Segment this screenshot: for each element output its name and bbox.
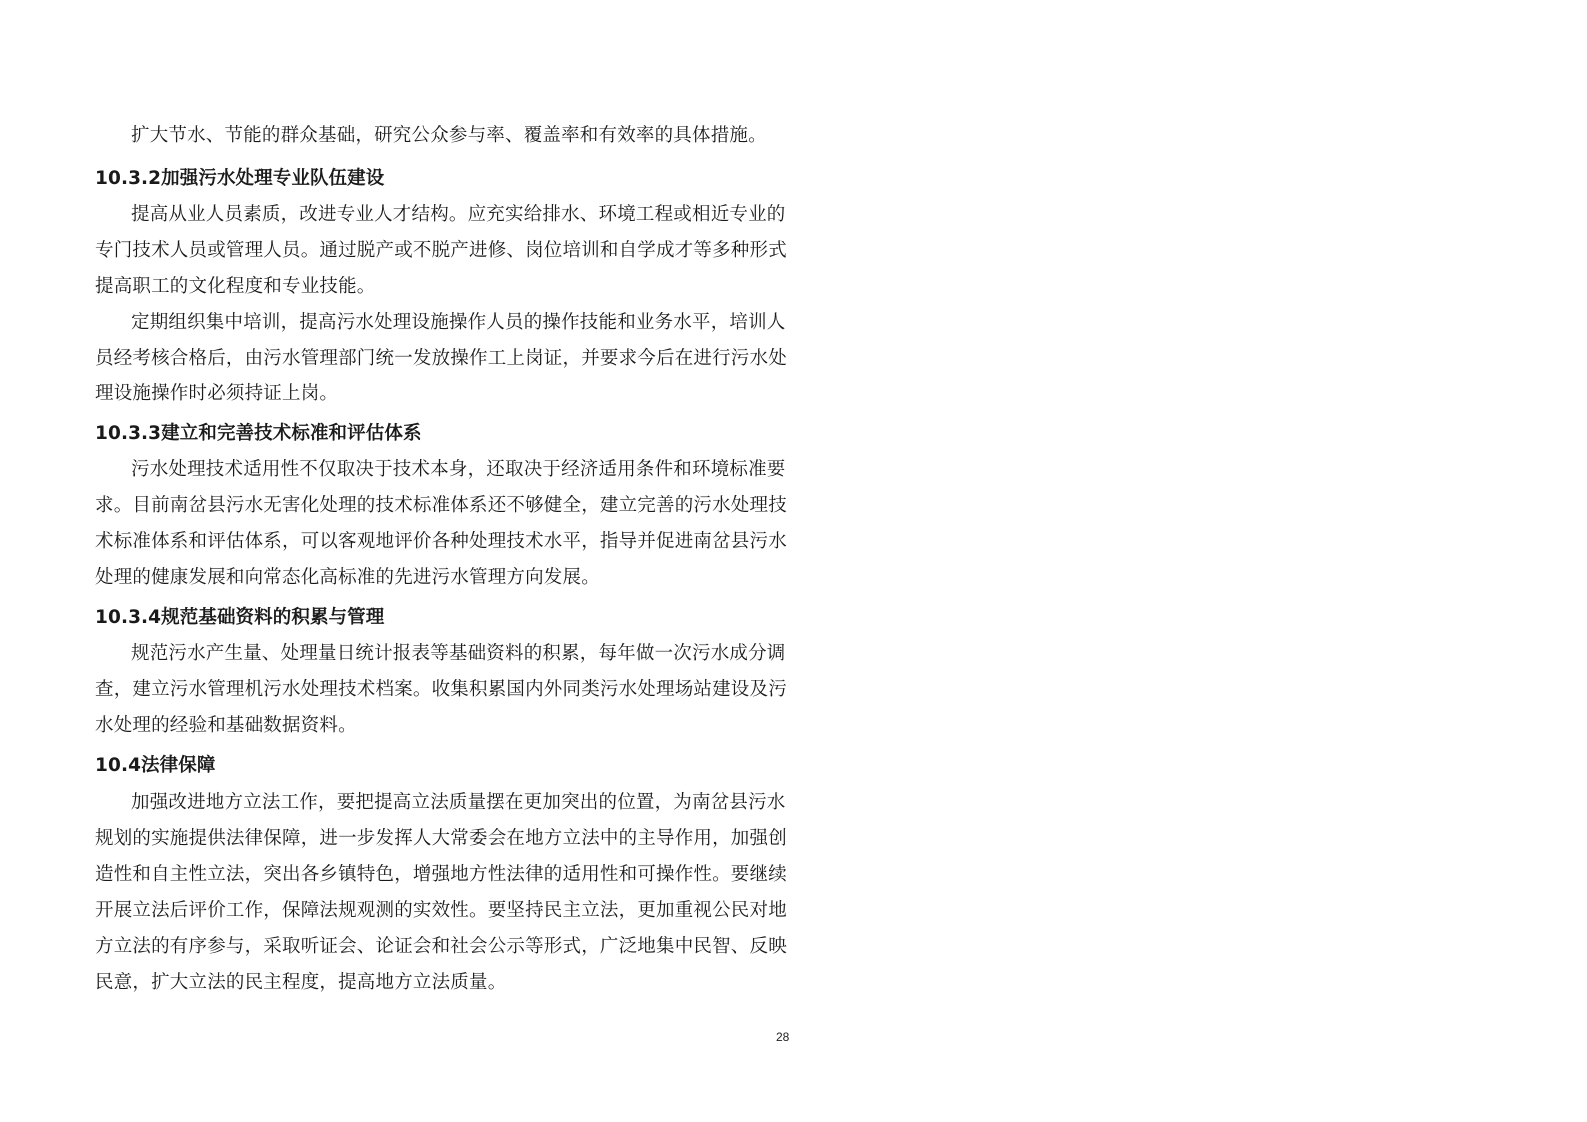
paragraph-line: 查，建立污水管理机污水处理技术档案。收集积累国内外同类污水处理场站建设及污: [95, 678, 787, 702]
section-heading-10-3-4: 10.3.4规范基础资料的积累与管理: [95, 606, 384, 630]
paragraph-line: 加强改进地方立法工作，要把提高立法质量摆在更加突出的位置，为南岔县污水: [131, 791, 786, 815]
paragraph-line: 扩大节水、节能的群众基础，研究公众参与率、覆盖率和有效率的具体措施。: [131, 124, 767, 148]
paragraph-line: 民意，扩大立法的民主程度，提高地方立法质量。: [95, 971, 506, 995]
section-heading-10-4: 10.4法律保障: [95, 754, 215, 778]
paragraph-line: 提高职工的文化程度和专业技能。: [95, 275, 376, 299]
paragraph-line: 水处理的经验和基础数据资料。: [95, 714, 357, 738]
paragraph-line: 理设施操作时必须持证上岗。: [95, 382, 338, 406]
section-heading-10-3-3: 10.3.3建立和完善技术标准和评估体系: [95, 422, 422, 446]
paragraph-line: 方立法的有序参与，采取听证会、论证会和社会公示等形式，广泛地集中民智、反映: [95, 935, 787, 959]
paragraph-line: 污水处理技术适用性不仅取决于技术本身，还取决于经济适用条件和环境标准要: [131, 458, 786, 482]
paragraph-line: 定期组织集中培训，提高污水处理设施操作人员的操作技能和业务水平，培训人: [131, 311, 786, 335]
paragraph-line: 专门技术人员或管理人员。通过脱产或不脱产进修、岗位培训和自学成才等多种形式: [95, 239, 787, 263]
section-heading-10-3-2: 10.3.2加强污水处理专业队伍建设: [95, 167, 384, 191]
page-number: 28: [776, 1029, 789, 1045]
paragraph-line: 造性和自主性立法，突出各乡镇特色，增强地方性法律的适用性和可操作性。要继续: [95, 863, 787, 887]
paragraph-line: 求。目前南岔县污水无害化处理的技术标准体系还不够健全，建立完善的污水处理技: [95, 494, 787, 518]
paragraph-line: 处理的健康发展和向常态化高标准的先进污水管理方向发展。: [95, 566, 600, 590]
paragraph-line: 提高从业人员素质，改进专业人才结构。应充实给排水、环境工程或相近专业的: [131, 203, 786, 227]
paragraph-line: 规范污水产生量、处理量日统计报表等基础资料的积累，每年做一次污水成分调: [131, 642, 786, 666]
paragraph-line: 术标准体系和评估体系，可以客观地评价各种处理技术水平，指导并促进南岔县污水: [95, 530, 787, 554]
paragraph-line: 员经考核合格后，由污水管理部门统一发放操作工上岗证，并要求今后在进行污水处: [95, 347, 787, 371]
paragraph-line: 开展立法后评价工作，保障法规观测的实效性。要坚持民主立法，更加重视公民对地: [95, 899, 787, 923]
paragraph-line: 规划的实施提供法律保障，进一步发挥人大常委会在地方立法中的主导作用，加强创: [95, 827, 787, 851]
